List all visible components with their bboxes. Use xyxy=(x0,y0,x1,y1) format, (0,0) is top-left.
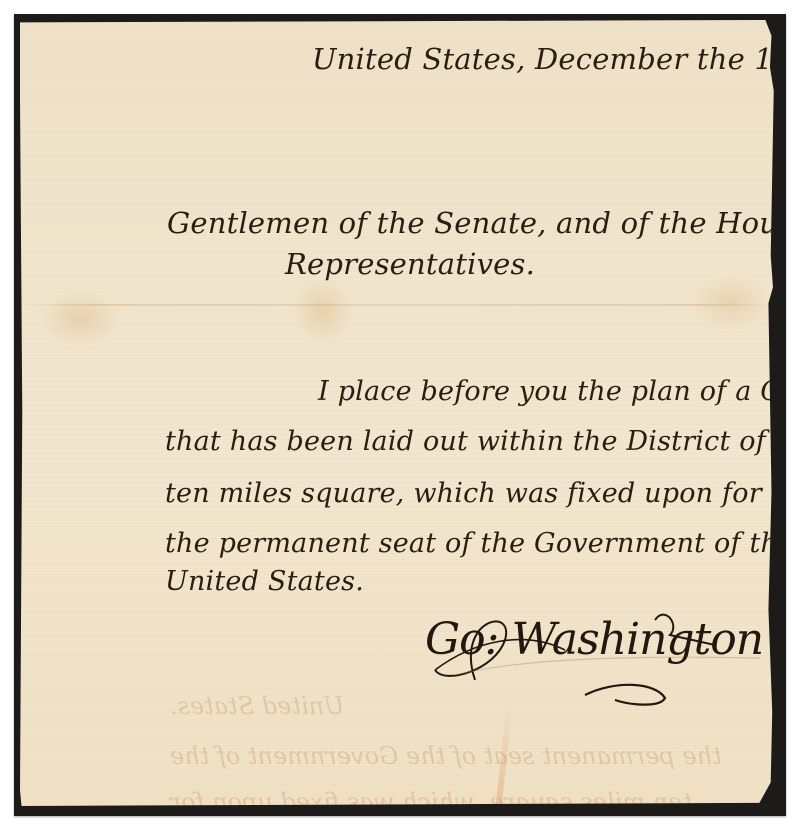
signature-text: Go: Washington xyxy=(425,614,763,665)
body-line: United States. xyxy=(165,566,364,597)
date-text: United States, December the 13: xyxy=(312,42,800,76)
signature: Go: Washington xyxy=(415,600,765,710)
body-line: the permanent seat of the Government of … xyxy=(165,528,794,559)
salutation-line-2: Representatives. xyxy=(285,247,535,281)
date-line: United States, December the 13:th1792. xyxy=(312,42,800,76)
bleed-through-line: the permanent seat of the Government of … xyxy=(170,742,722,770)
salutation-line-1: Gentlemen of the Senate, and of the Hous… xyxy=(167,206,800,240)
bleed-through-line: United States. xyxy=(170,692,344,720)
letter-paper: United States, December the 13:th1792. G… xyxy=(20,20,776,806)
body-line: I place before you the plan of a City xyxy=(318,376,800,407)
body-line: ten miles square, which was fixed upon f… xyxy=(165,478,762,509)
fold-crease xyxy=(20,304,776,306)
body-line: that has been laid out within the Distri… xyxy=(165,426,766,457)
